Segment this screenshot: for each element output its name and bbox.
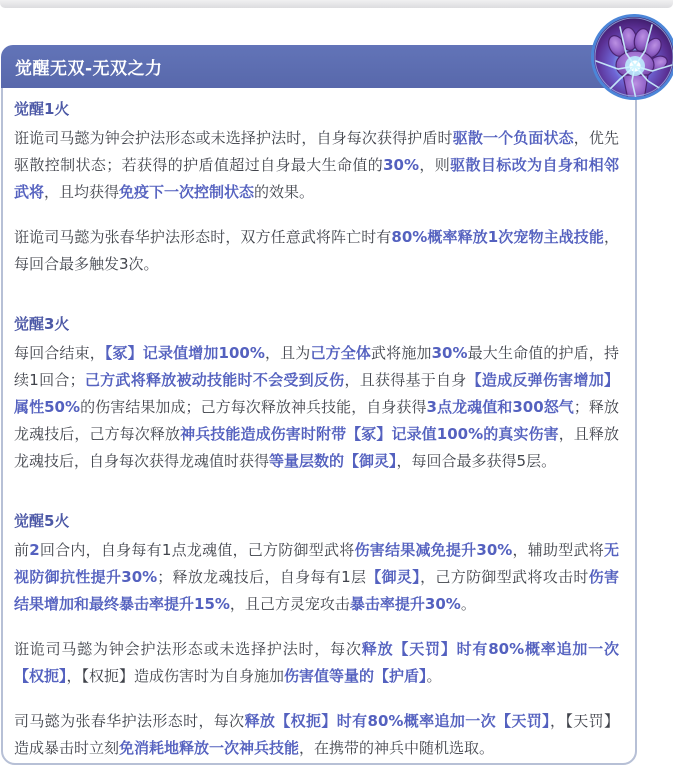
body-text: ，己方防御型武将攻击时 <box>420 568 589 586</box>
body-text: 。 <box>427 667 442 685</box>
highlighted-text: 驱散一个负面状态 <box>453 129 574 147</box>
highlighted-text: 等量层数的【御灵】 <box>269 452 397 470</box>
top-divider <box>0 0 673 8</box>
body-text: ，每回合最多获得5层。 <box>397 452 557 470</box>
body-text: ，且均获得 <box>44 183 119 201</box>
highlighted-text: 己方武将释放被动技能时不会受到反伤 <box>85 371 345 389</box>
section-awaken-3: 觉醒3火 每回合结束，【冢】记录值增加100%，且为己方全体武将施加30%最大生… <box>14 314 619 475</box>
section-awaken-5: 觉醒5火 前2回合内，自身每有1点龙魂值，己方防御型武将伤害结果减免提升30%，… <box>14 511 619 762</box>
highlighted-text: 30% <box>383 156 419 174</box>
section-heading: 觉醒1火 <box>14 99 619 119</box>
skill-paragraph: 司马懿为张春华护法形态时，每次释放【权扼】时有80%概率追加一次【天罚】，【天罚… <box>14 708 619 762</box>
highlighted-text: 伤害结果减免提升30% <box>354 541 512 559</box>
body-text: ，且获得基于自身 <box>344 371 466 389</box>
body-text: ，且为 <box>265 344 311 362</box>
body-text: ，【权扼】造成伤害时为自身施加 <box>67 667 285 685</box>
skill-paragraph: 每回合结束，【冢】记录值增加100%，且为己方全体武将施加30%最大生命值的护盾… <box>14 340 619 475</box>
highlighted-text: 免疫下一次控制状态 <box>119 183 254 201</box>
highlighted-text: 【冢】记录值增加100% <box>105 344 265 362</box>
body-text: 司马懿为张春华护法形态时，每次 <box>14 712 245 730</box>
body-text: ，辅助型武将 <box>512 541 604 559</box>
body-text: 回合内，自身每有1点龙魂值，己方防御型武将 <box>40 541 355 559</box>
highlighted-text: 3点龙魂值和300怒气 <box>427 398 574 416</box>
body-text: ，在携带的神兵中随机选取。 <box>299 739 494 757</box>
highlighted-text: 80%概率释放1次宠物主战技能 <box>391 228 604 246</box>
skill-header-bar: 觉醒无双-无双之力 <box>1 45 637 88</box>
section-heading: 觉醒5火 <box>14 511 619 531</box>
highlighted-text: 暴击率提升30% <box>350 595 461 613</box>
section-awaken-1: 觉醒1火 诳诡司马懿为钟会护法形态或未选择护法时，自身每次获得护盾时驱散一个负面… <box>14 99 619 278</box>
skill-paragraph: 诳诡司马懿为钟会护法形态或未选择护法时，每次释放【天罚】时有80%概率追加一次【… <box>14 636 619 690</box>
body-text: 每回合结束， <box>14 344 105 362</box>
body-text: 诳诡司马懿为钟会护法形态或未选择护法时，每次 <box>14 640 362 658</box>
body-text: 前 <box>14 541 29 559</box>
body-text: 诳诡司马懿为钟会护法形态或未选择护法时，自身每次获得护盾时 <box>14 129 453 147</box>
body-text: 诳诡司马懿为张春华护法形态时，双方任意武将阵亡时有 <box>14 228 391 246</box>
skill-detail-page: 觉醒无双-无双之力 <box>0 0 673 772</box>
skill-paragraph: 诳诡司马懿为张春华护法形态时，双方任意武将阵亡时有80%概率释放1次宠物主战技能… <box>14 224 619 278</box>
body-text: ；释放龙魂技后，自身每有1层 <box>157 568 366 586</box>
section-heading: 觉醒3火 <box>14 314 619 334</box>
body-text: ，且己方灵宠攻击 <box>230 595 350 613</box>
skill-title: 觉醒无双-无双之力 <box>15 54 163 79</box>
highlighted-text: 2 <box>29 541 39 559</box>
highlighted-text: 伤害值等量的【护盾】 <box>284 667 427 685</box>
body-text: ，则 <box>419 156 450 174</box>
body-text: 的伤害结果加成；己方每次释放神兵技能，自身获得 <box>80 398 427 416</box>
body-text: 。 <box>461 595 476 613</box>
highlighted-text: 释放【权扼】时有80%概率追加一次【天罚】 <box>245 712 550 730</box>
body-text: 武将施加 <box>371 344 432 362</box>
body-text: 的效果。 <box>254 183 314 201</box>
skill-paragraph: 前2回合内，自身每有1点龙魂值，己方防御型武将伤害结果减免提升30%，辅助型武将… <box>14 537 619 618</box>
highlighted-text: 神兵技能造成伤害时附带【冢】记录值100%的真实伤害 <box>180 425 559 443</box>
skill-paragraph: 诳诡司马懿为钟会护法形态或未选择护法时，自身每次获得护盾时驱散一个负面状态，优先… <box>14 125 619 206</box>
highlighted-text: 【御灵】 <box>366 568 420 586</box>
highlighted-text: 30% <box>432 344 468 362</box>
skill-body: 觉醒1火 诳诡司马懿为钟会护法形态或未选择护法时，自身每次获得护盾时驱散一个负面… <box>1 88 637 765</box>
highlighted-text: 己方全体 <box>310 344 371 362</box>
highlighted-text: 免消耗地释放一次神兵技能 <box>119 739 299 757</box>
